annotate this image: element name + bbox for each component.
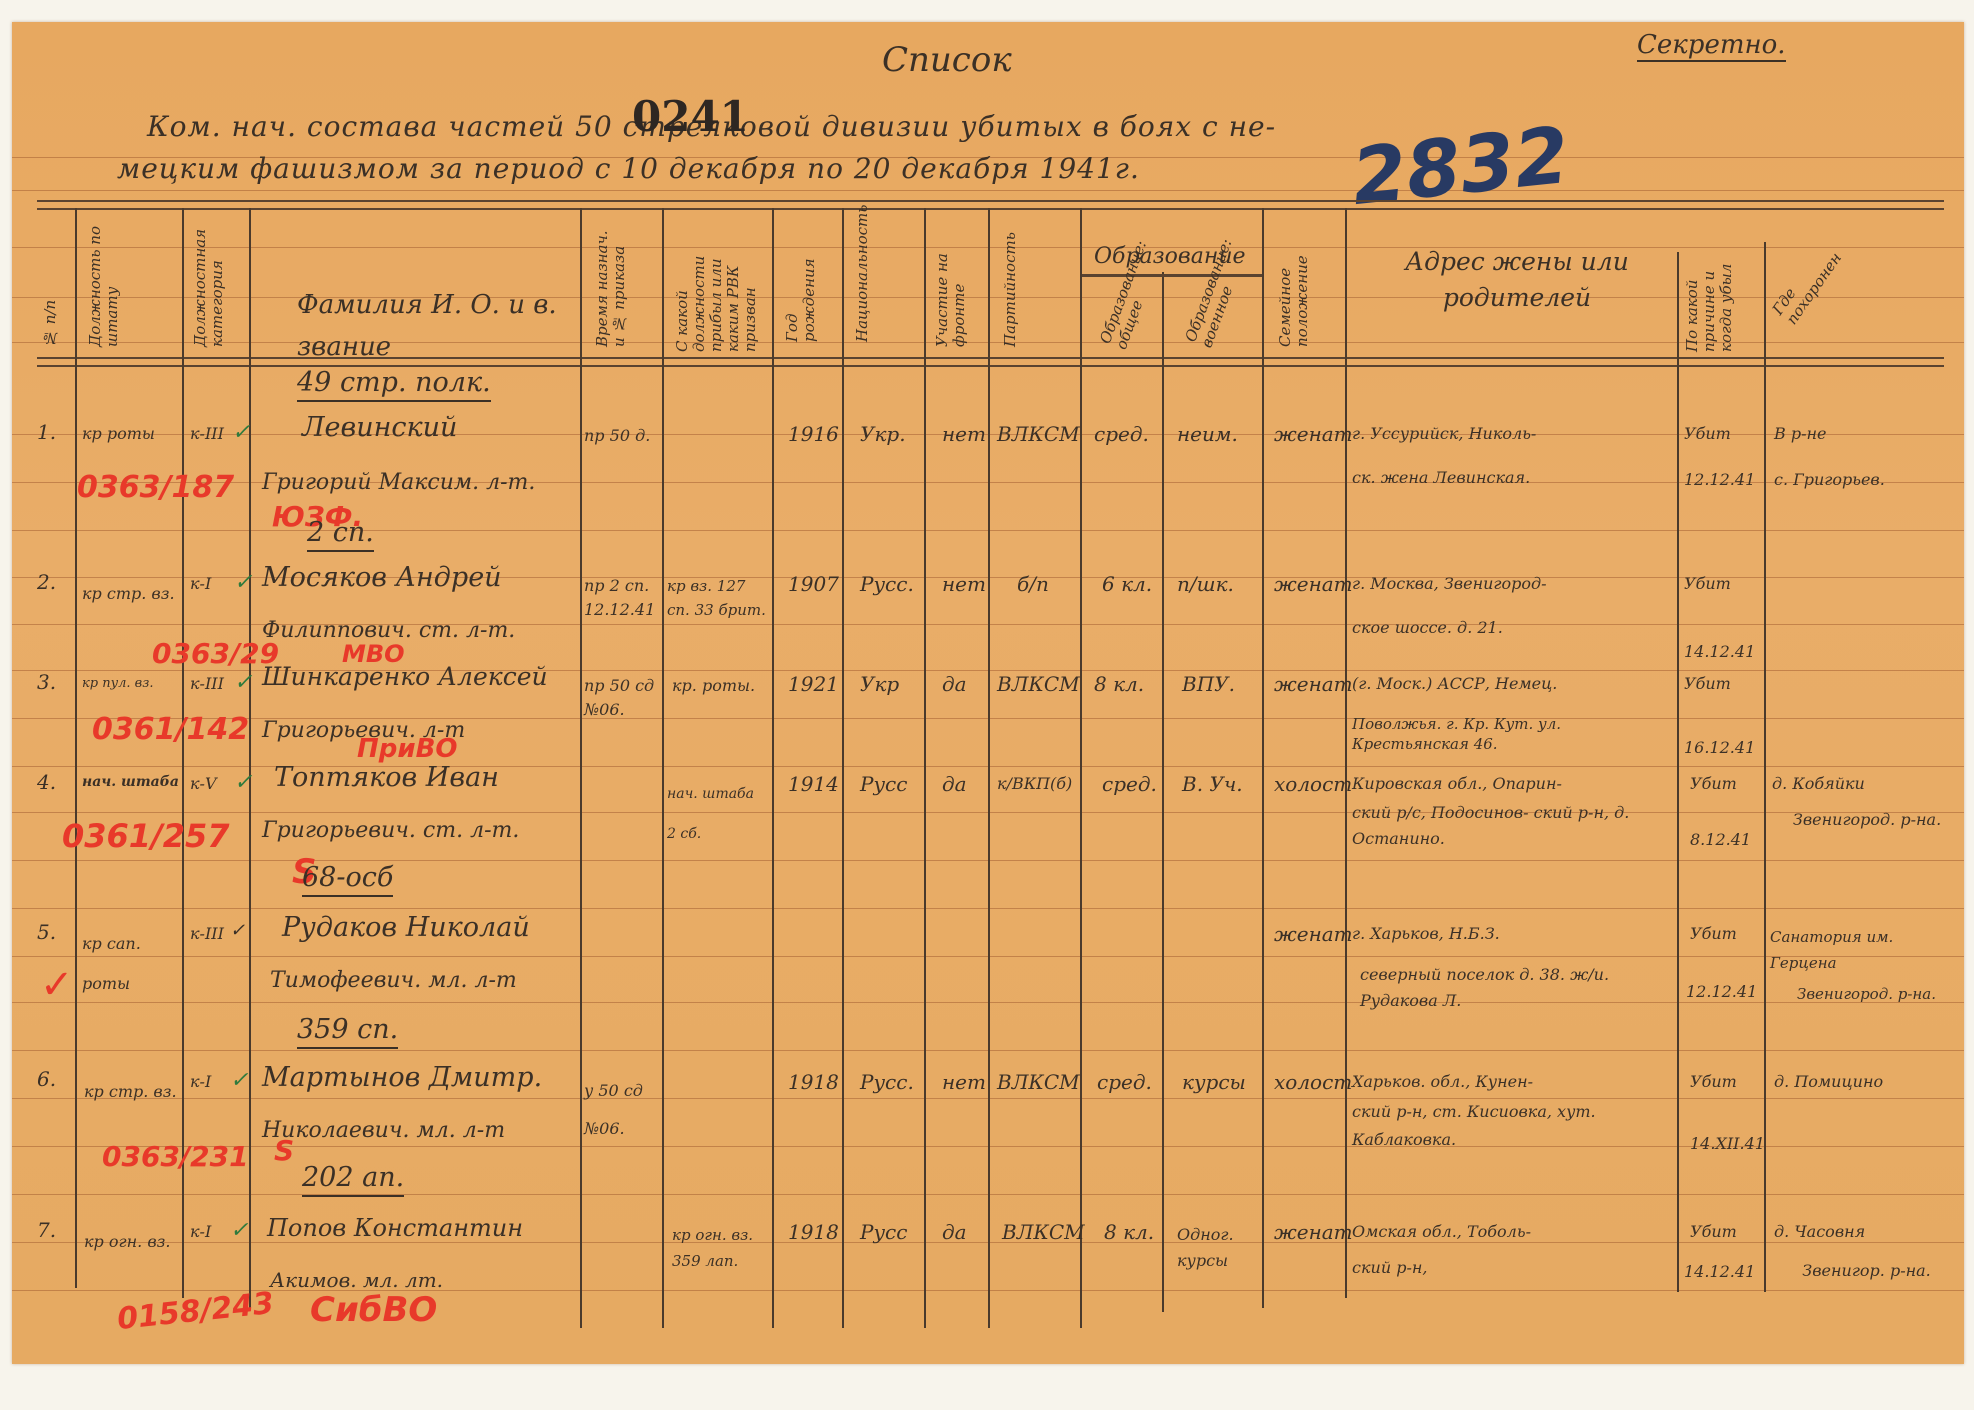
- column-header-cause-date: По какой причине и когда убыл: [1684, 232, 1759, 352]
- row-number: 5.: [37, 920, 56, 944]
- row-number: 7.: [37, 1218, 56, 1242]
- column-header-front-participant: Участие на фронте: [934, 232, 984, 347]
- nationality: Укр: [860, 672, 899, 696]
- cause: Убит: [1684, 424, 1731, 443]
- position-category: к-III: [190, 424, 224, 443]
- front-participant: нет: [942, 422, 986, 446]
- unit-heading: 359 сп.: [297, 1014, 398, 1049]
- marital-status: женат: [1274, 572, 1353, 596]
- position-category: к-I: [190, 1222, 211, 1241]
- name-line-1: Мосяков Андрей: [262, 562, 502, 593]
- name-line-2: Тимофеевич. мл. л-т: [270, 968, 517, 993]
- buried-line-1: д. Часовня: [1774, 1222, 1865, 1241]
- cause: Убит: [1690, 1072, 1737, 1091]
- party: ВЛКСМ: [997, 1070, 1080, 1094]
- education-general: сред.: [1102, 772, 1157, 796]
- position-category: к-V: [190, 774, 217, 793]
- buried-line-2: Звенигор. р-на.: [1774, 1258, 1959, 1284]
- green-check-icon: ✓: [234, 670, 252, 695]
- appointed: пр 50 сд №06.: [584, 674, 660, 722]
- column-header-marital-status: Семейное положение: [1277, 227, 1337, 347]
- buried-line-2: с. Григорьев.: [1774, 470, 1885, 489]
- address-line-1: г. Москва, Звенигород-: [1352, 574, 1547, 593]
- appointed: пр 2 сп. 12.12.41: [584, 574, 660, 622]
- front-participant: нет: [942, 1070, 986, 1094]
- education-military: курсы: [1182, 1070, 1246, 1094]
- address-line-2: ский р-н, ст. Кисиовка, хут. Каблаковка.: [1352, 1098, 1672, 1154]
- address-line-2: ск. жена Левинская.: [1352, 468, 1530, 487]
- row-number: 6.: [37, 1067, 56, 1091]
- green-check-icon: ✓: [230, 1068, 248, 1093]
- unit-heading: 2 сп.: [307, 517, 374, 552]
- name-line-1: Топтяков Иван: [274, 762, 499, 793]
- row-number: 1.: [37, 420, 56, 444]
- column-header-position-staff: Должность по штату: [87, 222, 177, 347]
- buried-line-1: д. Помицино: [1774, 1072, 1883, 1091]
- birth-year: 1916: [788, 422, 839, 446]
- registry-number: 0241: [632, 92, 749, 141]
- buried-line-1: д. Кобяйки: [1772, 774, 1865, 793]
- appointed: у 50 сд №06.: [584, 1072, 660, 1148]
- address-line-1: Кировская обл., Опарин-: [1352, 774, 1562, 793]
- education-general: 8 кл.: [1104, 1220, 1154, 1244]
- address-line-1: Харьков. обл., Кунен-: [1352, 1072, 1533, 1091]
- position-staff: кр стр. вз.: [82, 574, 177, 614]
- date: 8.12.41: [1690, 830, 1751, 849]
- name-line-2: Григорий Максим. л-т.: [262, 470, 535, 495]
- column-header-previous-position: С какой должности прибыл или каким РВК п…: [674, 222, 766, 352]
- classification-label: Секретно.: [1637, 30, 1786, 62]
- green-check-icon: ✓: [234, 770, 252, 795]
- education-military: п/шк.: [1177, 572, 1234, 596]
- name-line-1: Попов Константин: [267, 1214, 523, 1242]
- blue-pencil-number: 2832: [1348, 111, 1573, 223]
- address-line-2: Поволжья. г. Кр. Кут. ул. Крестьянская 4…: [1352, 714, 1672, 754]
- row-number: 4.: [37, 770, 56, 794]
- red-archive-mark: 0363/231: [102, 1140, 249, 1173]
- front-participant: да: [942, 1220, 967, 1244]
- party: ВЛКСМ: [997, 422, 1080, 446]
- date: 12.12.41: [1686, 982, 1757, 1001]
- date: 16.12.41: [1684, 738, 1755, 757]
- front-participant: да: [942, 672, 967, 696]
- cause: Убит: [1690, 924, 1737, 943]
- position-staff: кр пул. вз.: [82, 676, 153, 691]
- column-header-party: Партийность: [1002, 232, 1072, 347]
- marital-status: женат: [1274, 672, 1353, 696]
- cause: Убит: [1690, 1222, 1737, 1241]
- address-line-2: северный поселок д. 38. ж/и. Рудакова Л.: [1360, 962, 1675, 1014]
- name-line-2: Николаевич. мл. л-т: [262, 1118, 505, 1143]
- red-archive-mark: 0363/29: [152, 637, 279, 670]
- column-header-position-category: Должностная категория: [192, 222, 242, 347]
- position-staff: кр огн. вз.: [84, 1222, 179, 1262]
- front-participant: нет: [942, 572, 986, 596]
- party: к/ВКП(б): [997, 774, 1072, 793]
- column-header-education-military: Образование: военное: [1182, 277, 1251, 355]
- buried-line-1: Санатория им. Герцена: [1770, 924, 1960, 976]
- birth-year: 1921: [788, 672, 839, 696]
- nationality: Русс.: [860, 1070, 914, 1094]
- column-header-buried: Где похоронен: [1769, 218, 1914, 365]
- previous-position: кр огн. вз. 359 лап.: [672, 1222, 762, 1274]
- cause: Убит: [1690, 774, 1737, 793]
- party: б/п: [1017, 572, 1049, 596]
- address-line-2: ский р-н,: [1352, 1258, 1427, 1277]
- position-category: к-III: [190, 674, 224, 693]
- appointed: пр 50 д.: [584, 426, 650, 445]
- education-general: 8 кл.: [1094, 672, 1144, 696]
- date: 12.12.41: [1684, 470, 1755, 489]
- red-archive-mark: 0363/187: [77, 470, 234, 505]
- birth-year: 1918: [788, 1220, 839, 1244]
- name-line-1: Шинкаренко Алексей: [262, 662, 548, 691]
- subtitle-line-2: мецким фашизмом за период с 10 декабря п…: [117, 152, 1140, 185]
- green-check-icon: ✓: [232, 420, 250, 445]
- birth-year: 1914: [788, 772, 839, 796]
- education-military: неим.: [1177, 422, 1238, 446]
- education-group-underline: [1082, 274, 1262, 277]
- education-general: сред.: [1097, 1070, 1152, 1094]
- unit-heading: 68-осб: [302, 862, 393, 897]
- column-header-num: № п/п: [42, 282, 59, 347]
- front-participant: да: [942, 772, 967, 796]
- education-military: Одног. курсы: [1177, 1222, 1257, 1274]
- date: 14.12.41: [1684, 642, 1755, 661]
- buried-line-1: В р-не: [1774, 424, 1827, 443]
- red-district-note: СибВО: [310, 1290, 437, 1330]
- name-line-1: Рудаков Николай: [282, 912, 530, 943]
- column-header-name-rank: Фамилия И. О. и в. звание: [297, 284, 557, 368]
- name-line-1: Мартынов Дмитр.: [262, 1062, 542, 1093]
- party: ВЛКСМ: [1002, 1220, 1085, 1244]
- education-military: В. Уч.: [1182, 772, 1243, 796]
- nationality: Укр.: [860, 422, 906, 446]
- column-header-birth-year: Год рождения: [784, 242, 834, 342]
- column-header-nationality: Национальность: [854, 222, 914, 342]
- address-line-2: ское шоссе. д. 21.: [1352, 618, 1503, 637]
- nationality: Русс.: [860, 572, 914, 596]
- unit-heading: 202 ап.: [302, 1162, 404, 1197]
- row-number: 2.: [37, 570, 56, 594]
- marital-status: женат: [1274, 1220, 1353, 1244]
- marital-status: женат: [1274, 422, 1353, 446]
- date: 14.XII.41: [1690, 1134, 1765, 1153]
- red-district-note: S: [274, 1134, 294, 1167]
- green-check-icon: ✓: [234, 570, 252, 595]
- name-line-1: Левинский: [302, 412, 457, 443]
- position-staff: кр сап. роты: [82, 924, 177, 1004]
- check-icon: ✓: [230, 920, 245, 941]
- column-header-appointed: Время назнач. и № приказа: [594, 222, 654, 347]
- name-line-2: Акимов. мл. лт.: [270, 1268, 443, 1292]
- red-archive-mark: 0158/243: [116, 1286, 276, 1337]
- unit-heading: 49 стр. полк.: [297, 367, 491, 402]
- row-number: 3.: [37, 670, 56, 694]
- date: 14.12.41: [1684, 1262, 1755, 1281]
- buried-line-2: Звенигород. р-на.: [1772, 807, 1962, 833]
- red-archive-mark: 0361/257: [62, 817, 230, 855]
- document-sheet: Список Секретно. Ком. нач. состава часте…: [12, 22, 1964, 1364]
- position-category: к-III: [190, 924, 224, 943]
- previous-position: кр. роты.: [672, 676, 755, 695]
- green-check-icon: ✓: [230, 1218, 248, 1243]
- red-archive-mark: 0361/142: [92, 712, 249, 747]
- marital-status: женат: [1274, 922, 1353, 946]
- address-line-1: г. Харьков, Н.Б.З.: [1352, 924, 1500, 943]
- nationality: Русс: [860, 772, 907, 796]
- birth-year: 1907: [788, 572, 839, 596]
- education-military: ВПУ.: [1182, 672, 1235, 696]
- previous-position: кр вз. 127 сп. 33 брит.: [667, 574, 767, 622]
- position-staff: кр роты: [82, 424, 155, 443]
- address-line-1: Омская обл., Тоболь-: [1352, 1222, 1531, 1241]
- previous-position: нач. штаба 2 сб.: [667, 774, 762, 854]
- education-general: 6 кл.: [1102, 572, 1152, 596]
- position-staff: нач. штаба: [82, 774, 179, 790]
- party: ВЛКСМ: [997, 672, 1080, 696]
- address-line-2: ский р/с, Подосинов- ский р-н, д. Остани…: [1352, 800, 1672, 852]
- position-category: к-I: [190, 1072, 211, 1091]
- address-line-1: (г. Моск.) АССР, Немец.: [1352, 674, 1557, 693]
- document-title: Список: [882, 40, 1012, 80]
- column-header-address: Адрес жены или родителей: [1397, 244, 1637, 316]
- position-staff: кр стр. вз.: [84, 1072, 179, 1112]
- name-line-2: Григорьевич. ст. л-т.: [262, 818, 519, 843]
- marital-status: холост: [1274, 1070, 1352, 1094]
- birth-year: 1918: [788, 1070, 839, 1094]
- nationality: Русс: [860, 1220, 907, 1244]
- education-general: сред.: [1094, 422, 1149, 446]
- buried-line-2: Звенигород. р-на.: [1774, 982, 1959, 1006]
- cause: Убит: [1684, 674, 1731, 693]
- red-district-note: ПриВО: [357, 734, 458, 764]
- cause: Убит: [1684, 574, 1731, 593]
- position-category: к-I: [190, 574, 211, 593]
- red-check-icon: ✓: [40, 962, 74, 1008]
- marital-status: холост: [1274, 772, 1352, 796]
- address-line-1: г. Уссурийск, Николь-: [1352, 424, 1536, 443]
